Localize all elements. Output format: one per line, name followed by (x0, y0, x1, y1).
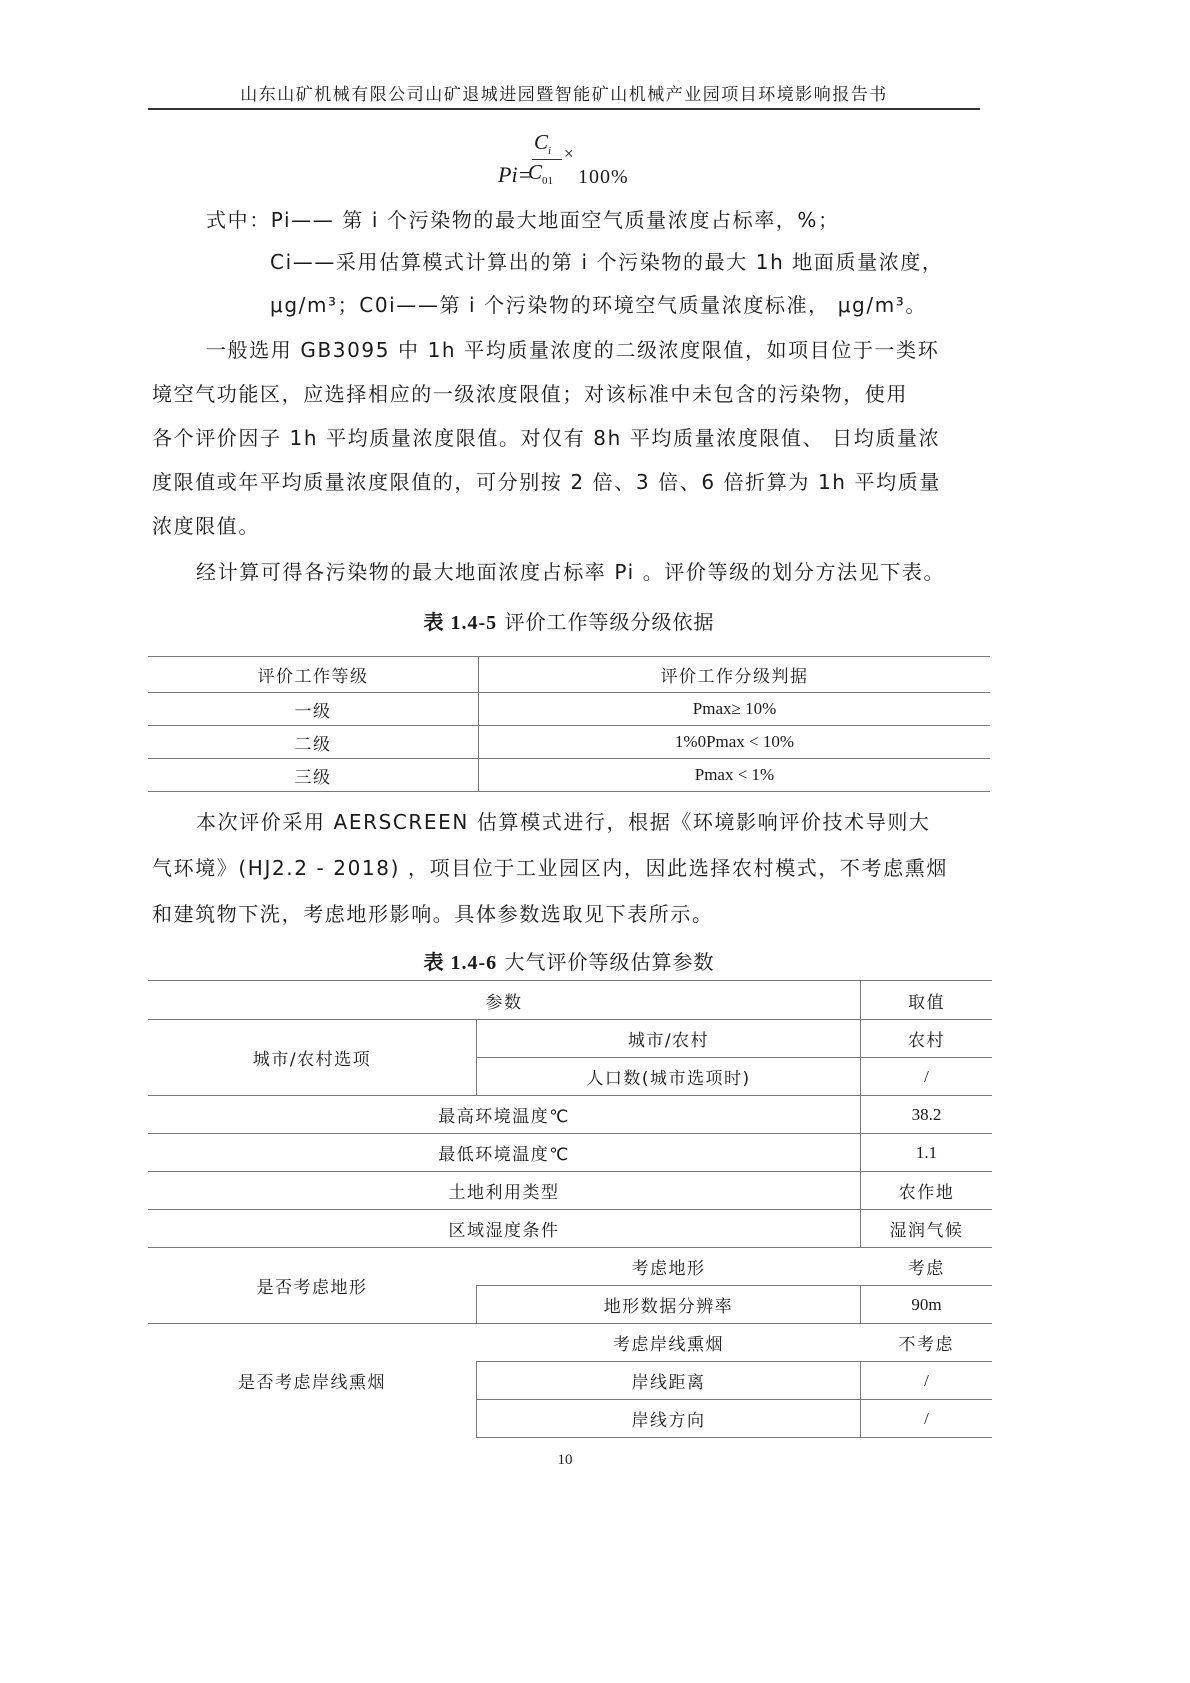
grade-cell: 一级 (148, 693, 479, 726)
value-cell: 1.1 (861, 1134, 993, 1172)
para-standard-line4: 度限值或年平均质量浓度限值的，可分别按 2 倍、3 倍、6 倍折算为 1h 平均… (152, 460, 972, 504)
formula-percent: 100% (578, 166, 629, 189)
value-cell: 农村 (861, 1020, 993, 1058)
para-standard-line1: 一般选用 GB3095 中 1h 平均质量浓度的二级浓度限值，如项目位于一类环 (206, 328, 1026, 372)
table-row: 区域湿度条件 湿润气候 (148, 1210, 992, 1248)
param-cell: 人口数(城市选项时) (477, 1058, 861, 1096)
grading-criteria-table: 评价工作等级 评价工作分级判据 一级 Pmax≥ 10% 二级 1%0Pmax … (148, 656, 990, 792)
param-cell: 考虑岸线熏烟 (477, 1324, 861, 1362)
param-cell: 最高环境温度℃ (148, 1096, 861, 1134)
table-row: 三级 Pmax < 1% (148, 759, 990, 792)
para-standard-line2: 境空气功能区，应选择相应的一级浓度限值；对该标准中未包含的污染物，使用 (152, 372, 972, 416)
value-cell: 考虑 (861, 1248, 993, 1286)
table-row: 城市/农村选项 城市/农村 农村 (148, 1020, 992, 1058)
table2-caption: 表 1.4-6 大气评价等级估算参数 (148, 946, 990, 975)
param-cell: 区域湿度条件 (148, 1210, 861, 1248)
page-number: 10 (0, 1452, 1130, 1469)
table-row: 最高环境温度℃ 38.2 (148, 1096, 992, 1134)
table-row: 是否考虑岸线熏烟 考虑岸线熏烟 不考虑 (148, 1324, 992, 1362)
param-cell: 岸线距离 (477, 1362, 861, 1400)
header-cell: 评价工作等级 (148, 657, 479, 693)
grade-cell: 三级 (148, 759, 479, 792)
table-row: 土地利用类型 农作地 (148, 1172, 992, 1210)
table-header-row: 参数 取值 (148, 981, 992, 1020)
value-cell: / (861, 1362, 993, 1400)
formula-times: × (564, 144, 574, 164)
group-label-cell: 是否考虑地形 (148, 1248, 477, 1324)
para-pi-definition: 式中：Pi—— 第 i 个污染物的最大地面空气质量浓度占标率，%； (206, 198, 1026, 242)
criteria-cell: Pmax < 1% (479, 759, 991, 792)
para-c0i-definition: μg/m³；C0i——第 i 个污染物的环境空气质量浓度标准， μg/m³。 (270, 283, 1090, 327)
value-cell: 38.2 (861, 1096, 993, 1134)
table-row: 二级 1%0Pmax < 10% (148, 726, 990, 759)
header-cell: 评价工作分级判据 (479, 657, 991, 693)
value-cell: 湿润气候 (861, 1210, 993, 1248)
para-standard-line5: 浓度限值。 (152, 504, 972, 548)
value-cell: / (861, 1058, 993, 1096)
param-cell: 土地利用类型 (148, 1172, 861, 1210)
table1-caption: 表 1.4-5 评价工作等级分级依据 (148, 606, 990, 635)
para-model-line2: 气环境》(HJ2.2 - 2018) ，项目位于工业园区内，因此选择农村模式，不… (152, 846, 972, 890)
param-cell: 考虑地形 (477, 1248, 861, 1286)
value-cell: 不考虑 (861, 1324, 993, 1362)
para-ci-definition: Ci——采用估算模式计算出的第 i 个污染物的最大 1h 地面质量浓度， (270, 240, 1090, 284)
header-cell: 取值 (861, 981, 993, 1020)
table-row: 一级 Pmax≥ 10% (148, 693, 990, 726)
table-row: 是否考虑地形 考虑地形 考虑 (148, 1248, 992, 1286)
param-cell: 最低环境温度℃ (148, 1134, 861, 1172)
para-model-line3: 和建筑物下洗，考虑地形影响。具体参数选取见下表所示。 (152, 892, 972, 936)
table-header-row: 评价工作等级 评价工作分级判据 (148, 657, 990, 693)
para-calculation: 经计算可得各污染物的最大地面浓度占标率 Pi 。评价等级的划分方法见下表。 (196, 550, 1016, 594)
header-divider (148, 108, 980, 110)
formula-numerator: Ci (534, 130, 551, 157)
pi-formula: Ci × Pi= C01 100% (498, 126, 658, 196)
formula-denominator: C01 (528, 160, 553, 187)
group-label-cell: 是否考虑岸线熏烟 (148, 1324, 477, 1438)
param-cell: 岸线方向 (477, 1400, 861, 1438)
param-cell: 城市/农村 (477, 1020, 861, 1058)
grade-cell: 二级 (148, 726, 479, 759)
para-model-line1: 本次评价采用 AERSCREEN 估算模式进行，根据《环境影响评价技术导则大 (196, 800, 1016, 844)
header-cell: 参数 (148, 981, 861, 1020)
criteria-cell: 1%0Pmax < 10% (479, 726, 991, 759)
value-cell: 农作地 (861, 1172, 993, 1210)
criteria-cell: Pmax≥ 10% (479, 693, 991, 726)
param-cell: 地形数据分辨率 (477, 1286, 861, 1324)
para-standard-line3: 各个评价因子 1h 平均质量浓度限值。对仅有 8h 平均质量浓度限值、 日均质量… (152, 416, 972, 460)
table-row: 最低环境温度℃ 1.1 (148, 1134, 992, 1172)
document-header-title: 山东山矿机械有限公司山矿退城进园暨智能矿山机械产业园项目环境影响报告书 (148, 80, 980, 105)
group-label-cell: 城市/农村选项 (148, 1020, 477, 1096)
value-cell: / (861, 1400, 993, 1438)
value-cell: 90m (861, 1286, 993, 1324)
estimation-parameters-table: 参数 取值 城市/农村选项 城市/农村 农村 人口数(城市选项时) / 最高环境… (148, 980, 992, 1438)
